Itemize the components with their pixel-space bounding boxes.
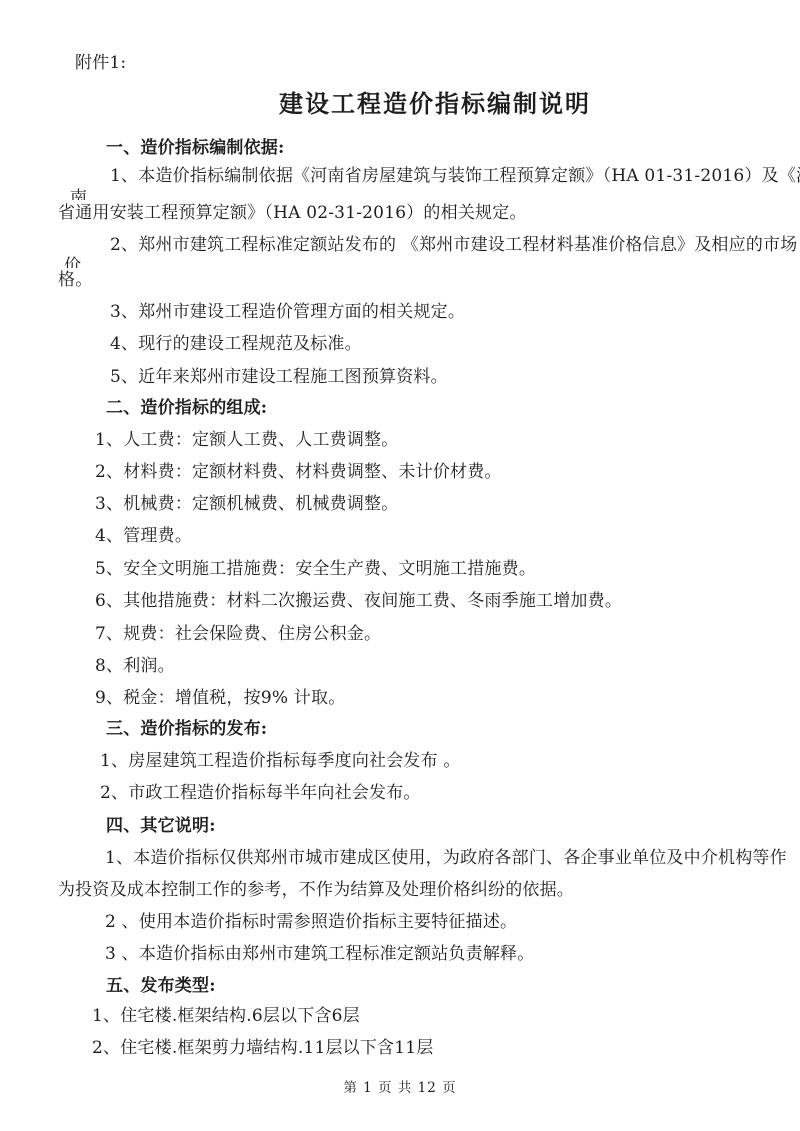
clipped-wrap-char: 价	[64, 256, 81, 268]
section-1-item-4: 4、现行的建设工程规范及标准。	[110, 334, 362, 355]
section-2-item-9: 9、税金：增值税，按9% 计取。	[95, 688, 345, 709]
page-number-footer: 第 1 页 共 12 页	[0, 1078, 800, 1099]
section-5-heading: 五、发布类型:	[106, 976, 216, 997]
section-5-item-1: 1、住宅楼.框架结构.6层以下含6层	[92, 1006, 360, 1027]
section-1-item-1: 1、本造价指标编制依据《河南省房屋建筑与装饰工程预算定额》（HA 01-31-2…	[110, 166, 800, 187]
section-2-item-1: 1、人工费：定额人工费、人工费调整。	[95, 430, 398, 451]
document-page: 附件1: 建设工程造价指标编制说明 一、造价指标编制依据: 1、本造价指标编制依…	[0, 0, 800, 1131]
section-4-heading: 四、其它说明:	[106, 816, 216, 837]
section-2-item-6: 6、其他措施费：材料二次搬运费、夜间施工费、冬雨季施工增加费。	[95, 591, 622, 612]
section-3-item-2: 2、市政工程造价指标每半年向社会发布。	[100, 783, 421, 804]
section-2-item-2: 2、材料费：定额材料费、材料费调整、未计价材费。	[95, 462, 502, 483]
section-2-item-5: 5、安全文明施工措施费：安全生产费、文明施工措施费。	[95, 559, 536, 580]
section-5-item-2: 2、住宅楼.框架剪力墙结构.11层以下含11层	[92, 1038, 434, 1059]
clipped-wrap-char: 南	[70, 188, 87, 200]
section-1-item-2: 2、郑州市建筑工程标准定额站发布的 《郑州市建设工程材料基准价格信息》及相应的市…	[110, 235, 797, 256]
section-1-item-1-continuation: 省通用安装工程预算定额》（HA 02-31-2016）的相关规定。	[58, 203, 527, 224]
attachment-label: 附件1:	[75, 53, 126, 74]
section-3-item-1: 1、房屋建筑工程造价指标每季度向社会发布 。	[100, 751, 461, 772]
section-4-item-1-continuation: 为投资及成本控制工作的参考，不作为结算及处理价格纠纷的依据。	[58, 880, 574, 901]
section-4-item-3: 3 、本造价指标由郑州市建筑工程标准定额站负责解释。	[105, 944, 534, 965]
section-1-item-5: 5、近年来郑州市建设工程施工图预算资料。	[110, 367, 448, 388]
section-2-item-8: 8、利润。	[95, 656, 175, 677]
section-4-item-2: 2 、使用本造价指标时需参照造价指标主要特征描述。	[105, 912, 517, 933]
section-3-heading: 三、造价指标的发布:	[106, 719, 267, 740]
section-1-item-3: 3、郑州市建设工程造价管理方面的相关规定。	[110, 302, 465, 323]
section-2-item-4: 4、管理费。	[95, 526, 192, 547]
page-title: 建设工程造价指标编制说明	[0, 89, 800, 119]
section-1-heading: 一、造价指标编制依据:	[106, 138, 284, 159]
section-2-heading: 二、造价指标的组成:	[106, 398, 267, 419]
section-1-item-2-continuation: 格。	[58, 270, 92, 291]
section-2-item-7: 7、规费：社会保险费、住房公积金。	[95, 624, 381, 645]
section-4-item-1: 1、本造价指标仅供郑州市城市建成区使用，为政府各部门、各企事业单位及中介机构等作	[105, 848, 787, 869]
section-2-item-3: 3、机械费：定额机械费、机械费调整。	[95, 494, 398, 515]
